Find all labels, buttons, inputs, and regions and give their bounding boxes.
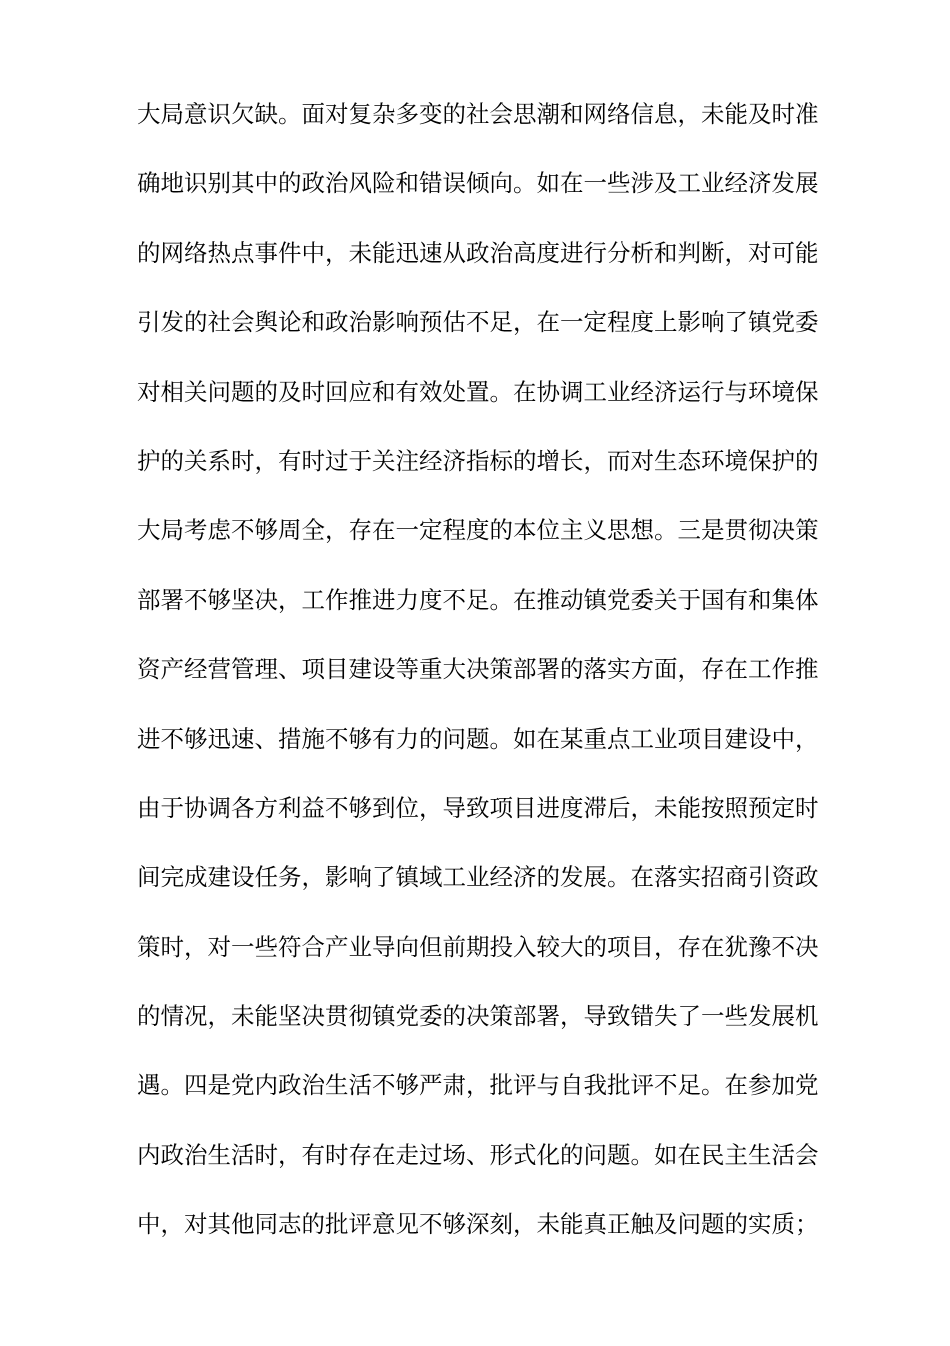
text-line: 资产经营管理、项目建设等重大决策部署的落实方面，存在工作推 — [137, 636, 818, 705]
text-line: 引发的社会舆论和政治影响预估不足，在一定程度上影响了镇党委 — [137, 289, 818, 358]
document-text-block: 大局意识欠缺。面对复杂多变的社会思潮和网络信息，未能及时准 确地识别其中的政治风… — [137, 81, 818, 1261]
text-line: 的情况，未能坚决贯彻镇党委的决策部署，导致错失了一些发展机 — [137, 983, 818, 1052]
text-line: 遇。四是党内政治生活不够严肃，批评与自我批评不足。在参加党 — [137, 1052, 818, 1121]
document-page: 大局意识欠缺。面对复杂多变的社会思潮和网络信息，未能及时准 确地识别其中的政治风… — [0, 0, 950, 1346]
text-line: 护的关系时，有时过于关注经济指标的增长，而对生态环境保护的 — [137, 428, 818, 497]
text-line: 进不够迅速、措施不够有力的问题。如在某重点工业项目建设中， — [137, 706, 818, 775]
text-line: 由于协调各方利益不够到位，导致项目进度滞后，未能按照预定时 — [137, 775, 818, 844]
text-line: 大局考虑不够周全，存在一定程度的本位主义思想。三是贯彻决策 — [137, 497, 818, 566]
text-line: 策时，对一些符合产业导向但前期投入较大的项目，存在犹豫不决 — [137, 914, 818, 983]
text-line: 的网络热点事件中，未能迅速从政治高度进行分析和判断，对可能 — [137, 220, 818, 289]
text-line: 大局意识欠缺。面对复杂多变的社会思潮和网络信息，未能及时准 — [137, 81, 818, 150]
text-line: 确地识别其中的政治风险和错误倾向。如在一些涉及工业经济发展 — [137, 150, 818, 219]
text-line: 中，对其他同志的批评意见不够深刻，未能真正触及问题的实质； — [137, 1191, 818, 1260]
text-line: 间完成建设任务，影响了镇域工业经济的发展。在落实招商引资政 — [137, 844, 818, 913]
text-line: 对相关问题的及时回应和有效处置。在协调工业经济运行与环境保 — [137, 359, 818, 428]
text-line: 内政治生活时，有时存在走过场、形式化的问题。如在民主生活会 — [137, 1122, 818, 1191]
text-line: 部署不够坚决，工作推进力度不足。在推动镇党委关于国有和集体 — [137, 567, 818, 636]
